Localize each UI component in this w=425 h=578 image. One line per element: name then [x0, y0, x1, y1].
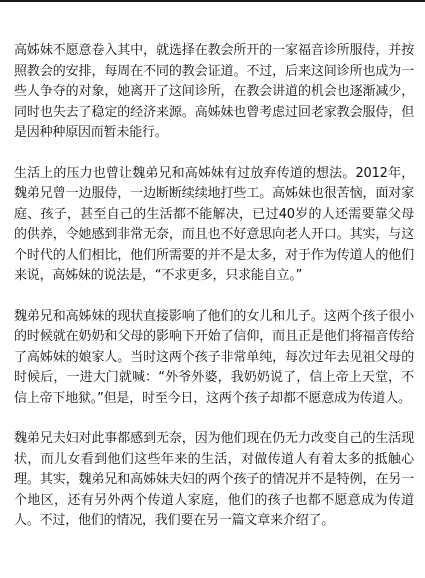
paragraph-2: 生活上的压力也曾让魏弟兄和高姊妹有过放弃传道的想法。2012年，魏弟兄曾一边服侍… — [14, 164, 414, 287]
article-body: 高姊妹不愿意卷入其中，就选择在教会所开的一家福音诊所服侍，并按照教会的安排，每周… — [14, 41, 414, 552]
paragraph-4: 魏弟兄夫妇对此事都感到无奈，因为他们现在仍无力改变自己的生活现状，而儿女看到他们… — [14, 429, 414, 532]
paragraph-3: 魏弟兄和高姊妹的现状直接影响了他们的女儿和儿子。这两个孩子很小的时候就在奶奶和父… — [14, 307, 414, 410]
paragraph-1: 高姊妹不愿意卷入其中，就选择在教会所开的一家福音诊所服侍，并按照教会的安排，每周… — [14, 41, 414, 144]
top-border-rule — [0, 0, 425, 2]
